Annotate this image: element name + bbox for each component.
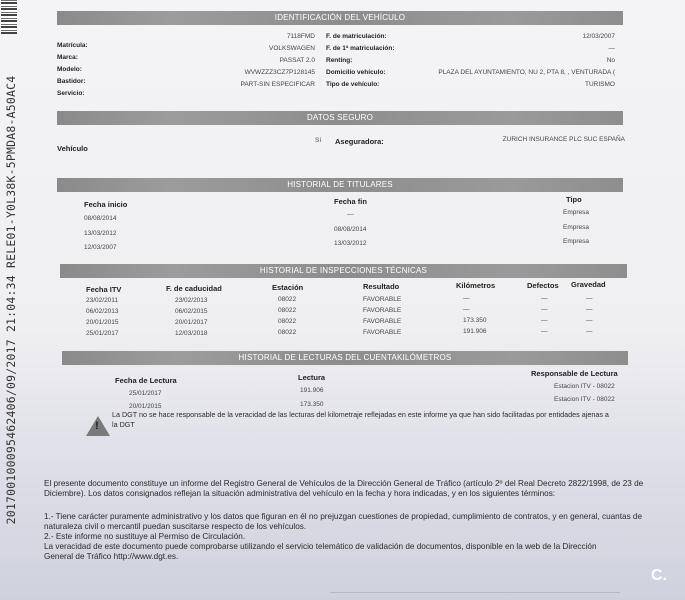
inspeccion-cell: 08022 xyxy=(278,307,296,314)
value-matricula: 7118FMD xyxy=(287,33,315,40)
inspeccion-cell: 20/01/2015 xyxy=(86,319,119,326)
inspeccion-cell: FAVORABLE xyxy=(363,329,401,336)
section-lecturas-header: HISTORIAL DE LECTURAS DEL CUENTAKILÓMETR… xyxy=(62,351,628,365)
inspeccion-cell: — xyxy=(463,295,470,302)
inspeccion-cell: — xyxy=(586,295,593,302)
inspeccion-cell: FAVORABLE xyxy=(363,318,401,325)
header-kilometros: Kilómetros xyxy=(456,281,495,290)
header-defectos: Defectos xyxy=(527,281,559,290)
inspeccion-cell: — xyxy=(541,317,548,324)
legal-verification: La veracidad de este documento puede com… xyxy=(44,542,604,562)
section-titulares-header: HISTORIAL DE TITULARES xyxy=(57,178,623,192)
inspeccion-cell: 08022 xyxy=(278,329,296,336)
cell-fecha-lectura: 25/01/2017 xyxy=(129,390,162,397)
watermark-letter: C. xyxy=(651,567,667,585)
label-servicio: Servicio: xyxy=(57,90,84,97)
inspeccion-cell: 191.906 xyxy=(463,328,487,335)
inspeccion-cell: — xyxy=(586,328,593,335)
inspeccion-cell: — xyxy=(586,317,593,324)
header-gravedad: Gravedad xyxy=(571,280,606,289)
label-aseguradora: Aseguradora: xyxy=(335,137,384,146)
label-domicilio: Domicilio vehículo: xyxy=(326,69,386,76)
inspeccion-cell: — xyxy=(586,306,593,313)
header-tipo: Tipo xyxy=(566,195,582,204)
inspeccion-cell: 06/02/2015 xyxy=(175,308,208,315)
warning-text: La DGT no se hace responsable de la vera… xyxy=(112,410,612,430)
cell-fecha-inicio: 12/03/2007 xyxy=(84,244,117,251)
value-servicio: PART-SIN ESPECIFICAR xyxy=(240,81,315,88)
inspeccion-cell: 08022 xyxy=(278,296,296,303)
header-fecha-itv: Fecha ITV xyxy=(86,285,121,294)
label-f-1a-matriculacion: F. de 1ª matriculación: xyxy=(326,45,395,52)
inspeccion-cell: — xyxy=(541,328,548,335)
header-lectura: Lectura xyxy=(298,373,325,382)
label-f-matriculacion: F. de matriculación: xyxy=(326,33,387,40)
inspeccion-cell: — xyxy=(541,306,548,313)
header-estacion: Estación xyxy=(272,283,303,292)
value-modelo: PASSAT 2.0 xyxy=(280,57,315,64)
section-identificacion-header: IDENTIFICACIÓN DEL VEHÍCULO xyxy=(57,11,623,25)
cell-fecha-fin: — xyxy=(347,211,354,218)
legal-point-1: 1.- Tiene carácter puramente administrat… xyxy=(44,512,650,532)
inspeccion-cell: — xyxy=(541,295,548,302)
cell-lectura: 191.906 xyxy=(300,387,324,394)
cell-fecha-fin: 13/03/2012 xyxy=(334,240,367,247)
cell-tipo: Empresa xyxy=(563,209,589,216)
label-modelo: Modelo: xyxy=(57,66,82,73)
inspeccion-cell: 12/03/2018 xyxy=(175,330,208,337)
inspeccion-cell: 08022 xyxy=(278,318,296,325)
value-f-matriculacion: 12/03/2007 xyxy=(582,33,615,40)
inspeccion-cell: FAVORABLE xyxy=(363,296,401,303)
header-resultado: Resultado xyxy=(363,282,399,291)
label-tipo-vehiculo: Tipo de vehículo: xyxy=(326,81,379,88)
header-fecha-fin: Fecha fin xyxy=(334,197,367,206)
header-fecha-inicio: Fecha inicio xyxy=(84,200,127,209)
cell-tipo: Empresa xyxy=(563,238,589,245)
header-responsable: Responsable de Lectura xyxy=(531,369,618,378)
value-vehiculo-seguro: Sí xyxy=(315,137,321,144)
side-stamp: 201700100095462406/09/2017 21:04:34 RELE… xyxy=(2,0,20,600)
value-bastidor: WVWZZZ3CZ7P128145 xyxy=(245,69,315,76)
inspeccion-cell: 20/01/2017 xyxy=(175,319,208,326)
value-aseguradora: ZURICH INSURANCE PLC SUC ESPAÑA xyxy=(503,136,625,143)
inspeccion-cell: 23/02/2011 xyxy=(86,297,118,304)
inspeccion-cell: — xyxy=(463,306,470,313)
label-matricula: Matrícula: xyxy=(57,42,88,49)
cell-lectura: 173.350 xyxy=(300,401,324,408)
inspeccion-cell: 06/02/2013 xyxy=(86,308,119,315)
cell-fecha-inicio: 08/08/2014 xyxy=(84,215,117,222)
inspeccion-cell: 173.350 xyxy=(463,317,487,324)
label-renting: Renting: xyxy=(326,57,352,64)
inspeccion-cell: 25/01/2017 xyxy=(86,330,119,337)
value-marca: VOLKSWAGEN xyxy=(269,45,315,52)
cell-fecha-inicio: 13/03/2012 xyxy=(84,230,117,237)
value-renting: No xyxy=(607,57,615,64)
section-seguro-header: DATOS SEGURO xyxy=(57,111,623,125)
cell-responsable: Estacion ITV - 08022 xyxy=(554,383,615,390)
side-stamp-text: 201700100095462406/09/2017 21:04:34 RELE… xyxy=(4,76,18,525)
header-fecha-lectura: Fecha de Lectura xyxy=(115,376,177,385)
cell-responsable: Estacion ITV - 08022 xyxy=(554,396,615,403)
value-tipo-vehiculo: TURISMO xyxy=(585,81,615,88)
inspeccion-cell: FAVORABLE xyxy=(363,307,401,314)
warning-exclamation: ! xyxy=(95,420,99,432)
value-domicilio: PLAZA DEL AYUNTAMIENTO, NU 2, PTA 8, , V… xyxy=(438,69,615,76)
label-bastidor: Bastidor: xyxy=(57,78,86,85)
section-inspecciones-header: HISTORIAL DE INSPECCIONES TÉCNICAS xyxy=(60,264,627,278)
header-f-caducidad: F. de caducidad xyxy=(166,284,222,293)
value-f-1a-matriculacion: — xyxy=(609,45,616,52)
cell-fecha-lectura: 20/01/2015 xyxy=(129,403,162,410)
cell-tipo: Empresa xyxy=(563,224,589,231)
label-marca: Marca: xyxy=(57,54,78,61)
divider xyxy=(330,592,620,593)
inspeccion-cell: 23/02/2013 xyxy=(175,297,208,304)
label-vehiculo: Vehículo xyxy=(57,144,88,153)
cell-fecha-fin: 08/08/2014 xyxy=(334,226,367,233)
legal-point-2: 2.- Este informe no sustituye al Permiso… xyxy=(44,532,650,542)
legal-intro: El presente documento constituye un info… xyxy=(44,479,650,499)
